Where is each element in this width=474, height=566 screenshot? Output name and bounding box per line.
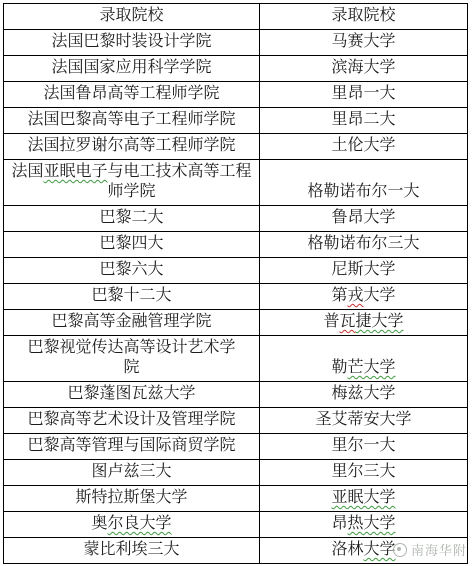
school-cell-right: 土伦大学 (260, 134, 468, 160)
school-cell-left: 巴黎高等金融管理学院 (4, 310, 260, 336)
school-cell-left: 奥尔良大学 (4, 512, 260, 538)
header-row: 录取院校 录取院校 (4, 4, 468, 30)
table-row: 巴黎高等金融管理学院普瓦捷大学 (4, 310, 468, 336)
admissions-table: 录取院校 录取院校 法国巴黎时装设计学院马赛大学法国国家应用科学学院滨海大学法国… (3, 3, 468, 564)
cell-text: 大学 (364, 287, 396, 304)
table-row: 奥尔良大学昂热大学 (4, 512, 468, 538)
school-cell-right: 圣艾蒂安大学 (260, 408, 468, 434)
table-row: 法国国家应用科学学院滨海大学 (4, 56, 468, 82)
cell-text: 法国拉罗谢尔高等工程师学院 (27, 137, 235, 154)
cell-text: 法国巴黎时装设计学院 (51, 33, 211, 50)
table-row: 斯特拉斯堡大学亚眠大学 (4, 486, 468, 512)
table-row: 法国亚眠电子与电工技术高等工程师学院格勒诺布尔一大 (4, 160, 468, 206)
school-cell-left: 巴黎蓬图瓦兹大学 (4, 382, 260, 408)
school-cell-right: 里昂一大 (260, 82, 468, 108)
table-row: 蒙比利埃三大洛林大学 (4, 538, 468, 564)
cell-text: 奥 (91, 515, 107, 532)
table-body: 法国巴黎时装设计学院马赛大学法国国家应用科学学院滨海大学法国鲁昂高等工程师学院里… (4, 30, 468, 564)
cell-text: 里昂一大 (331, 85, 395, 102)
cell-text: 蒙比利埃三大 (83, 541, 179, 558)
misspelled-text: 瓦 (339, 313, 355, 330)
table-row: 巴黎十二大第戎大学 (4, 284, 468, 310)
misspelled-text: 捷大学 (356, 313, 404, 330)
school-cell-right: 尼斯大学 (260, 258, 468, 284)
cell-text: 与电工技术高等工程 (108, 163, 252, 180)
misspelled-text: 亚眠电子 (43, 163, 107, 180)
school-cell-left: 巴黎六大 (4, 258, 260, 284)
table-row: 法国拉罗谢尔高等工程师学院土伦大学 (4, 134, 468, 160)
school-cell-right: 第戎大学 (260, 284, 468, 310)
school-cell-right: 鲁昂大学 (260, 206, 468, 232)
school-cell-left: 图卢兹三大 (4, 460, 260, 486)
school-cell-left: 巴黎四大 (4, 232, 260, 258)
cell-text: 马赛大学 (331, 33, 395, 50)
misspelled-text: 亚眠大学 (331, 489, 395, 506)
misspelled-text: 尔良大学 (108, 515, 172, 532)
cell-text: 巴黎高等艺术设计及管理学院 (27, 411, 235, 428)
school-cell-right: 马赛大学 (260, 30, 468, 56)
school-cell-right: 格勒诺布尔一大 (260, 160, 468, 206)
table-row: 法国鲁昂高等工程师学院里昂一大 (4, 82, 468, 108)
cell-text: 尼斯大学 (331, 261, 395, 278)
misspelled-text: 大学 (364, 541, 396, 558)
table-row: 巴黎高等管理与国际商贸学院里尔一大 (4, 434, 468, 460)
cell-text: 院 (123, 359, 139, 376)
table-row: 法国巴黎高等电子工程师学院里昂二大 (4, 108, 468, 134)
school-cell-left: 巴黎高等管理与国际商贸学院 (4, 434, 260, 460)
cell-text: 滨海大学 (331, 59, 395, 76)
school-cell-right: 洛林大学 (260, 538, 468, 564)
school-cell-left: 巴黎高等艺术设计及管理学院 (4, 408, 260, 434)
cell-text: 巴黎蓬图瓦兹大学 (67, 385, 195, 402)
cell-text: 昂 (331, 515, 347, 532)
misspelled-text: 热大学 (348, 515, 396, 532)
cell-text: 法国鲁昂高等工程师学院 (43, 85, 219, 102)
cell-text: 鲁昂大学 (331, 209, 395, 226)
school-cell-right: 里昂二大 (260, 108, 468, 134)
school-cell-left: 法国亚眠电子与电工技术高等工程师学院 (4, 160, 260, 206)
cell-text: 巴黎四大 (99, 235, 163, 252)
school-cell-left: 法国拉罗谢尔高等工程师学院 (4, 134, 260, 160)
cell-text: 第 (331, 287, 347, 304)
cell-text: 勒 (331, 359, 347, 376)
school-cell-right: 亚眠大学 (260, 486, 468, 512)
table-row: 巴黎视觉传达高等设计艺术学院勒芒大学 (4, 336, 468, 382)
cell-text: 巴黎高等管理与国际商贸学院 (27, 437, 235, 454)
table-row: 巴黎二大鲁昂大学 (4, 206, 468, 232)
school-cell-right: 里尔一大 (260, 434, 468, 460)
cell-text: 法国巴黎高等电子工程师学院 (27, 111, 235, 128)
cell-text: 里昂二大 (331, 111, 395, 128)
cell-text: 师学院 (107, 183, 155, 200)
school-cell-left: 巴黎二大 (4, 206, 260, 232)
cell-text: 巴黎六大 (99, 261, 163, 278)
school-cell-left: 巴黎十二大 (4, 284, 260, 310)
school-cell-left: 蒙比利埃三大 (4, 538, 260, 564)
header-cell-left: 录取院校 (4, 4, 260, 30)
school-cell-left: 法国巴黎高等电子工程师学院 (4, 108, 260, 134)
header-cell-right: 录取院校 (260, 4, 468, 30)
school-cell-right: 昂热大学 (260, 512, 468, 538)
school-cell-right: 滨海大学 (260, 56, 468, 82)
school-cell-left: 法国巴黎时装设计学院 (4, 30, 260, 56)
cell-text: 法国国家应用科学学院 (51, 59, 211, 76)
school-cell-left: 法国鲁昂高等工程师学院 (4, 82, 260, 108)
cell-text: 巴黎二大 (99, 209, 163, 226)
school-cell-right: 里尔三大 (260, 460, 468, 486)
cell-text: 巴黎视觉传达高等设计艺术学 (27, 339, 235, 356)
table-row: 巴黎高等艺术设计及管理学院圣艾蒂安大学 (4, 408, 468, 434)
cell-text: 巴黎十二大 (91, 287, 171, 304)
cell-text: 格勒诺布尔一大 (307, 183, 419, 200)
cell-text: 圣艾蒂安大学 (315, 411, 411, 428)
cell-text: 土伦大学 (331, 137, 395, 154)
table-row: 巴黎四大格勒诺布尔三大 (4, 232, 468, 258)
cell-text: 图卢兹三大 (91, 463, 171, 480)
school-cell-right: 勒芒大学 (260, 336, 468, 382)
cell-text: 法国 (11, 163, 43, 180)
school-cell-left: 法国国家应用科学学院 (4, 56, 260, 82)
school-cell-right: 普瓦捷大学 (260, 310, 468, 336)
cell-text: 里尔一大 (331, 437, 395, 454)
school-cell-right: 格勒诺布尔三大 (260, 232, 468, 258)
cell-text: 斯特拉斯堡大学 (75, 489, 187, 506)
cell-text: 梅兹大学 (331, 385, 395, 402)
cell-text: 格勒诺布尔三大 (307, 235, 419, 252)
misspelled-text: 戎 (347, 287, 363, 304)
table-row: 巴黎蓬图瓦兹大学梅兹大学 (4, 382, 468, 408)
table-row: 法国巴黎时装设计学院马赛大学 (4, 30, 468, 56)
school-cell-left: 巴黎视觉传达高等设计艺术学院 (4, 336, 260, 382)
cell-text: 里尔三大 (331, 463, 395, 480)
cell-text: 巴黎高等金融管理学院 (51, 313, 211, 330)
table-row: 图卢兹三大里尔三大 (4, 460, 468, 486)
table-row: 巴黎六大尼斯大学 (4, 258, 468, 284)
cell-text: 普 (323, 313, 339, 330)
school-cell-right: 梅兹大学 (260, 382, 468, 408)
misspelled-text: 芒大学 (348, 359, 396, 376)
school-cell-left: 斯特拉斯堡大学 (4, 486, 260, 512)
cell-text: 洛林 (331, 541, 363, 558)
